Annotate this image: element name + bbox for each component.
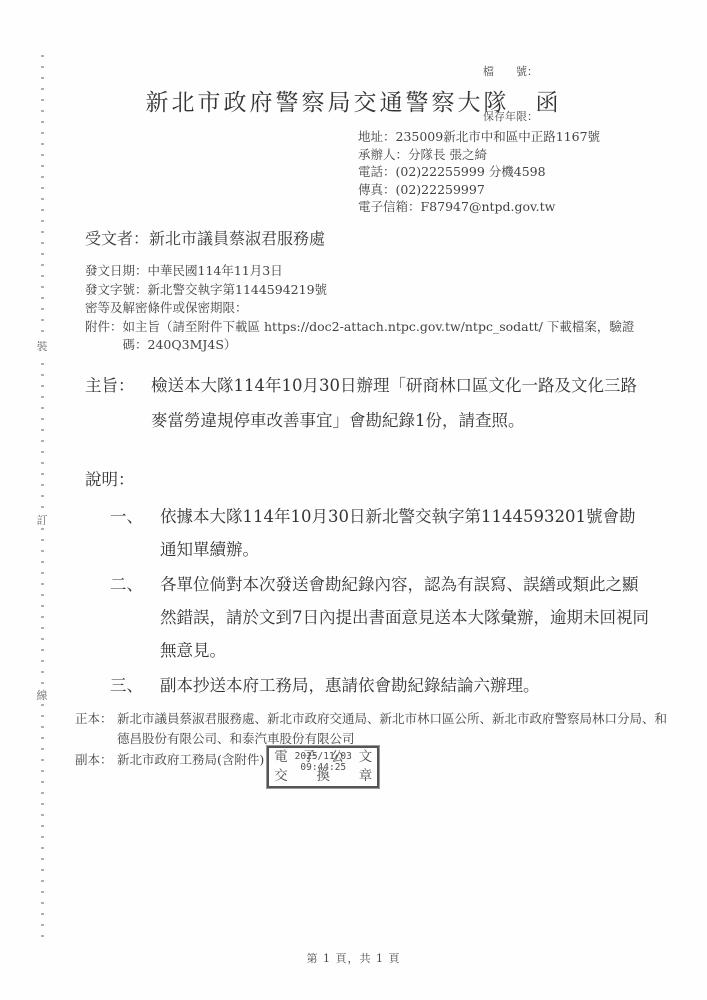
- explanation-item-1-number: 一、: [110, 500, 160, 566]
- explanation-item-2: 二、 各單位倘對本次發送會勘紀錄內容，認為有誤寫、誤繕或類此之顯然錯誤，請於文到…: [110, 568, 650, 667]
- explanation-header: 說明：: [85, 466, 135, 490]
- agency-fax: 傳真：(02)22259997: [358, 181, 600, 199]
- official-document-page: 裝 訂 線 檔 號： 保存年限： 新北市政府警察局交通警察大隊 函 地址：235…: [0, 0, 707, 1000]
- subject-paragraph: 主旨： 檢送本大隊114年10月30日辦理「研商林口區文化一路及文化三路麥當勞違…: [85, 368, 641, 438]
- electronic-exchange-stamp: 電子公文交換章 2025/11/03 09:44:25: [267, 746, 379, 788]
- explanation-item-3: 三、 副本抄送本府工務局，惠請依會勘紀錄結論六辦理。: [110, 669, 650, 702]
- issue-date: 發文日期：中華民國114年11月3日: [85, 262, 650, 281]
- copy-recipients-line: 副本： 新北市政府工務局(含附件) 電子公文交換章 2025/11/03 09:…: [75, 750, 675, 788]
- page-number: 第 1 頁，共 1 頁: [0, 950, 707, 966]
- explanation-item-3-number: 三、: [110, 669, 160, 702]
- agency-email: 電子信箱：F87947@ntpd.gov.tw: [358, 198, 600, 216]
- original-recipients-value: 新北市議員蔡淑君服務處、新北市政府交通局、新北市林口區公所、新北市政府警察局林口…: [117, 709, 675, 749]
- recipient-line: 受文者：新北市議員蔡淑君服務處: [85, 226, 325, 249]
- binding-char-zhuang: 裝: [33, 340, 51, 354]
- binding-dotted-line: [41, 55, 44, 945]
- attachment-line: 附件： 如主旨（請至附件下載區 https://doc2-attach.ntpc…: [85, 318, 650, 355]
- explanation-item-1-text: 依據本大隊114年10月30日新北警交執字第1144593201號會勘通知單續辦…: [160, 500, 650, 566]
- attachment-label: 附件：: [85, 318, 123, 355]
- original-recipients-label: 正本：: [75, 709, 117, 749]
- distribution-block: 正本： 新北市議員蔡淑君服務處、新北市政府交通局、新北市林口區公所、新北市政府警…: [75, 709, 675, 788]
- explanation-item-2-text: 各單位倘對本次發送會勘紀錄內容，認為有誤寫、誤繕或類此之顯然錯誤，請於文到7日內…: [160, 568, 650, 667]
- document-meta-block: 發文日期：中華民國114年11月3日 發文字號：新北警交執字第114459421…: [85, 262, 650, 355]
- subject-text: 檢送本大隊114年10月30日辦理「研商林口區文化一路及文化三路麥當勞違規停車改…: [151, 368, 641, 438]
- stamp-time: 09:44:25: [269, 762, 377, 773]
- agency-contact-person: 承辦人：分隊長 張之綺: [358, 146, 600, 164]
- explanation-item-2-number: 二、: [110, 568, 160, 667]
- explanation-item-1: 一、 依據本大隊114年10月30日新北警交執字第1144593201號會勘通知…: [110, 500, 650, 566]
- binding-char-xian: 線: [33, 689, 51, 703]
- agency-address: 地址：235009新北市中和區中正路1167號: [358, 128, 600, 146]
- copy-recipients-label: 副本：: [75, 750, 117, 770]
- explanation-item-3-text: 副本抄送本府工務局，惠請依會勘紀錄結論六辦理。: [160, 669, 650, 702]
- file-number-label: 檔 號：: [483, 64, 538, 79]
- document-title: 新北市政府警察局交通警察大隊 函: [0, 84, 707, 117]
- subject-label: 主旨：: [85, 368, 151, 438]
- classification-line: 密等及解密條件或保密期限：: [85, 299, 650, 318]
- stamp-datetime: 2025/11/03 09:44:25: [269, 751, 377, 773]
- original-recipients-line: 正本： 新北市議員蔡淑君服務處、新北市政府交通局、新北市林口區公所、新北市政府警…: [75, 709, 675, 749]
- binding-char-ding: 訂: [33, 514, 51, 528]
- document-number: 發文字號：新北警交執字第1144594219號: [85, 281, 650, 300]
- stamp-date: 2025/11/03: [269, 751, 377, 762]
- copy-recipients-value: 新北市政府工務局(含附件): [117, 750, 264, 770]
- agency-contact-block: 地址：235009新北市中和區中正路1167號 承辦人：分隊長 張之綺 電話：(…: [358, 128, 600, 216]
- agency-phone: 電話：(02)22255999 分機4598: [358, 163, 600, 181]
- explanation-list: 一、 依據本大隊114年10月30日新北警交執字第1144593201號會勘通知…: [110, 500, 650, 704]
- attachment-value: 如主旨（請至附件下載區 https://doc2-attach.ntpc.gov…: [123, 318, 650, 355]
